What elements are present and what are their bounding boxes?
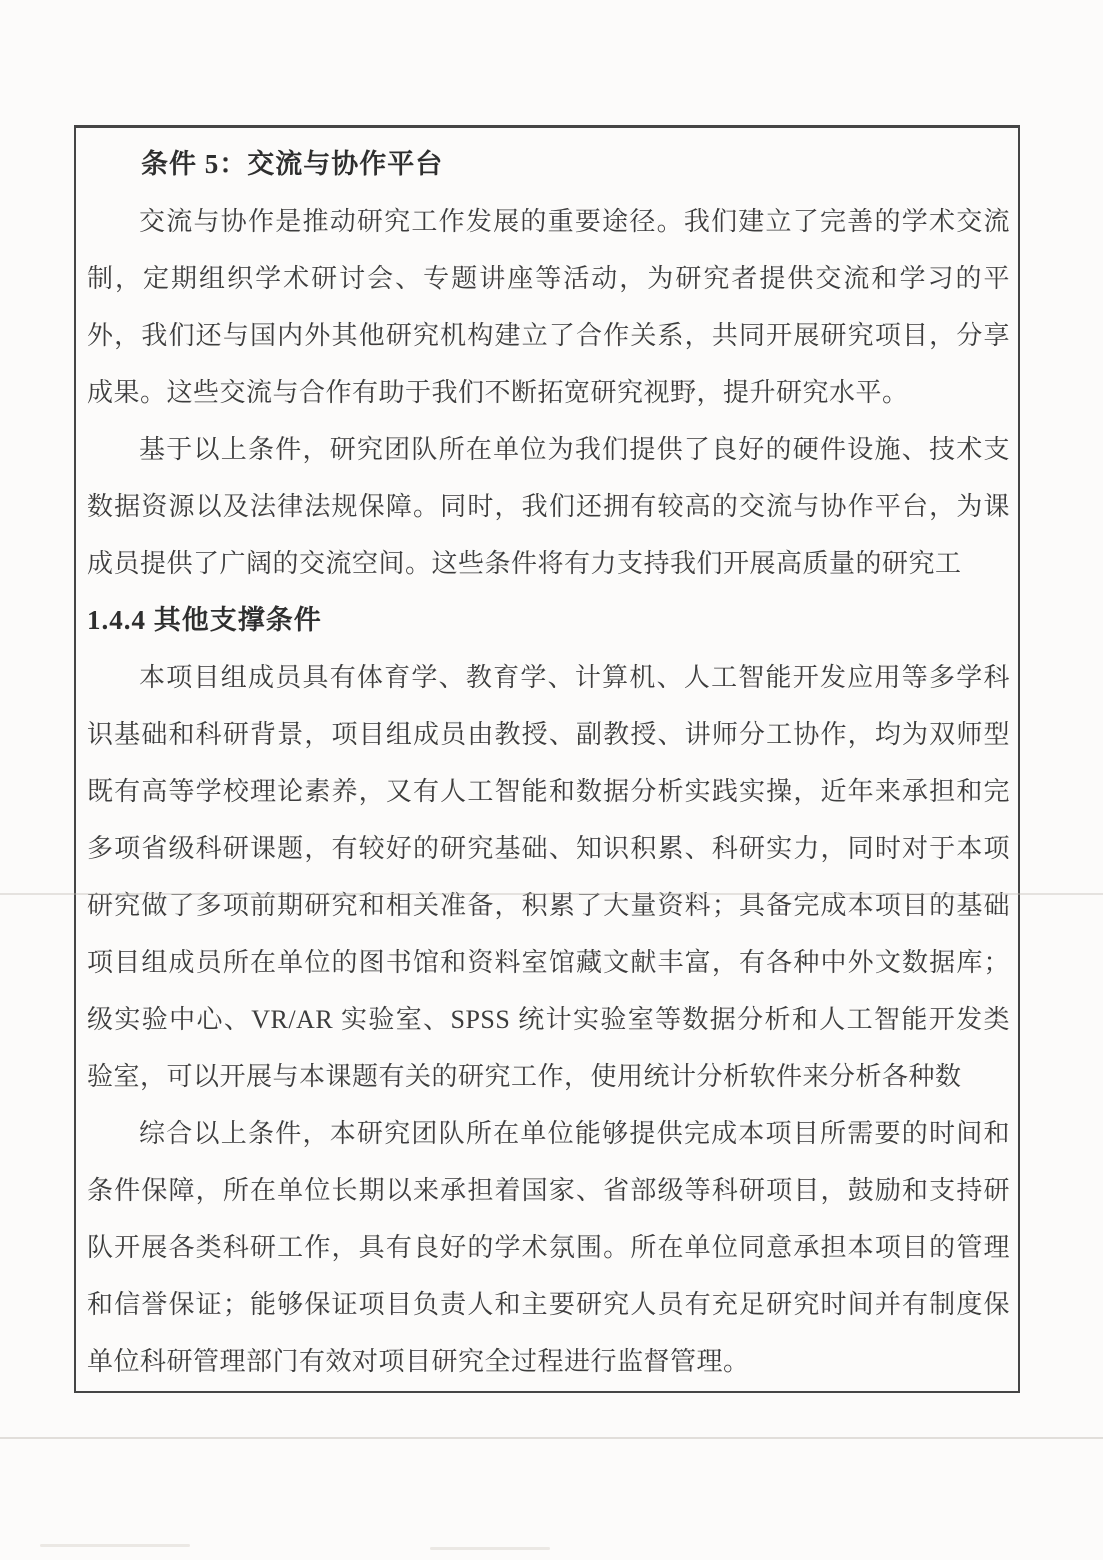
paragraph-2-line-2: 数据资源以及法律法规保障。同时，我们还拥有较高的交流与协作平台，为课题组 bbox=[87, 478, 1010, 535]
paragraph-3-line-6: 项目组成员所在单位的图书馆和资料室馆藏文献丰富，有各种中外文数据库；有省 bbox=[87, 934, 1010, 991]
section-heading-2: 1.4.4 其他支撑条件 bbox=[87, 592, 1010, 649]
paragraph-2-line-3: 成员提供了广阔的交流空间。这些条件将有力支持我们开展高质量的研究工作。 bbox=[87, 535, 1010, 592]
paragraph-4-line-1: 综合以上条件，本研究团队所在单位能够提供完成本项目所需要的时间和研究 bbox=[87, 1105, 1010, 1162]
paragraph-3-line-4: 多项省级科研课题，有较好的研究基础、知识积累、科研实力，同时对于本项目的 bbox=[87, 820, 1010, 877]
scanned-document-page: 条件 5：交流与协作平台 交流与协作是推动研究工作发展的重要途径。我们建立了完善… bbox=[0, 0, 1103, 1560]
scan-artifact-smudge bbox=[430, 1547, 550, 1550]
paragraph-3-line-1: 本项目组成员具有体育学、教育学、计算机、人工智能开发应用等多学科的知 bbox=[87, 649, 1010, 706]
paragraph-1-line-2: 制，定期组织学术研讨会、专题讲座等活动，为研究者提供交流和学习的平台。此 bbox=[87, 250, 1010, 307]
paragraph-1-line-3: 外，我们还与国内外其他研究机构建立了合作关系，共同开展研究项目，分享研究 bbox=[87, 307, 1010, 364]
paragraph-4-line-5: 单位科研管理部门有效对项目研究全过程进行监督管理。 bbox=[87, 1333, 1010, 1390]
paragraph-3-line-5: 研究做了多项前期研究和相关准备，积累了大量资料；具备完成本项目的基础条件。 bbox=[87, 877, 1010, 934]
paragraph-1-line-4: 成果。这些交流与合作有助于我们不断拓宽研究视野，提升研究水平。 bbox=[87, 364, 1010, 421]
paragraph-2-line-1: 基于以上条件，研究团队所在单位为我们提供了良好的硬件设施、技术支撑、 bbox=[87, 421, 1010, 478]
paragraph-4-line-3: 队开展各类科研工作，具有良好的学术氛围。所在单位同意承担本项目的管理任务 bbox=[87, 1219, 1010, 1276]
paragraph-3-line-2: 识基础和科研背景，项目组成员由教授、副教授、讲师分工协作，均为双师型教师， bbox=[87, 706, 1010, 763]
paragraph-4-line-2: 条件保障，所在单位长期以来承担着国家、省部级等科研项目，鼓励和支持研究团 bbox=[87, 1162, 1010, 1219]
scan-artifact-smudge bbox=[40, 1544, 190, 1547]
section-heading-1: 条件 5：交流与协作平台 bbox=[87, 136, 1010, 193]
document-content-cell: 条件 5：交流与协作平台 交流与协作是推动研究工作发展的重要途径。我们建立了完善… bbox=[74, 125, 1020, 1393]
paragraph-3-line-3: 既有高等学校理论素养，又有人工智能和数据分析实践实操，近年来承担和完成了 bbox=[87, 763, 1010, 820]
paragraph-1-line-1: 交流与协作是推动研究工作发展的重要途径。我们建立了完善的学术交流机 bbox=[87, 193, 1010, 250]
scan-artifact-line bbox=[0, 1437, 1103, 1439]
scan-artifact-line bbox=[0, 893, 1103, 895]
paragraph-4-line-4: 和信誉保证；能够保证项目负责人和主要研究人员有充足研究时间并有制度保障； bbox=[87, 1276, 1010, 1333]
paragraph-3-line-7: 级实验中心、VR/AR 实验室、SPSS 统计实验室等数据分析和人工智能开发类专… bbox=[87, 991, 1010, 1048]
paragraph-3-line-8: 验室，可以开展与本课题有关的研究工作，使用统计分析软件来分析各种数据。 bbox=[87, 1048, 1010, 1105]
